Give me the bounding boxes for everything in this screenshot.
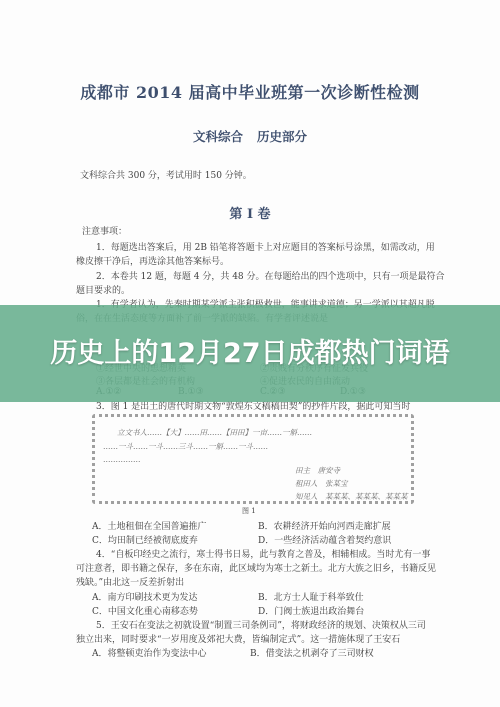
question-4-line: 可注意者，即书籍之保存，多在东南，此区域均为寒士之新土。北方大族之旧乡，书籍反见 bbox=[76, 561, 436, 574]
figure-1-cartouche: 立文书人……【大】……田……【田田】一亩……一斛…… ……一斗……一斗……三斗…… bbox=[92, 414, 414, 504]
cartouche-text: …………… bbox=[103, 455, 141, 464]
document-subtitle: 文科综合历史部分 bbox=[0, 127, 500, 145]
q3-option: C．均田制已经被彻底废弃 bbox=[92, 533, 198, 546]
question-4-line: 4．“自板印经史之流行，寒士得书日易，此与教育之普及，相辅相成。当时尤有一事 bbox=[96, 547, 430, 560]
title-overlay-band: 历史上的12月27日成都热门词语 bbox=[0, 305, 500, 402]
note-line: 2．本卷共 12 题，每题 4 分，共 48 分。在每题给出的四个选项中，只有一… bbox=[96, 269, 445, 282]
cartouche-sign: 租田人 张某宝 bbox=[295, 478, 348, 489]
question-4-line: 残缺。”由北这一反差折射出 bbox=[76, 575, 184, 588]
q3-option: D．一些经济活动蕴含着契约意识 bbox=[258, 533, 391, 546]
figure-label: 图 1 bbox=[242, 506, 256, 516]
q5-option: B．借变法之机剥夺了三司财权 bbox=[250, 646, 374, 659]
overlay-title: 历史上的12月27日成都热门词语 bbox=[0, 305, 500, 402]
note-line: 题目要求的。 bbox=[76, 283, 130, 296]
cartouche-sign: 知见人 某某某、某某某、某某某 bbox=[295, 491, 408, 502]
cartouche-sign: 田主 唐安寺 bbox=[295, 465, 340, 476]
q3-option: A．土地租佃在全国普遍推广 bbox=[92, 519, 207, 532]
score-note: 文科综合共 300 分，考试用时 150 分钟。 bbox=[80, 168, 252, 181]
cartouche-text: 立文书人……【大】……田……【田田】一亩……一斛…… bbox=[117, 427, 312, 438]
note-line: 1．每题选出答案后，用 2B 铅笔将答题卡上对应题目的答案标号涂黑，如需改动，用 bbox=[96, 240, 435, 253]
subtitle-subject: 文科综合 bbox=[193, 129, 243, 144]
subtitle-part: 历史部分 bbox=[257, 129, 307, 144]
section-title: 第 I 卷 bbox=[0, 203, 500, 222]
document-title: 成都市 2014 届高中毕业班第一次诊断性检测 bbox=[0, 80, 500, 103]
notes-heading: 注意事项： bbox=[82, 224, 127, 237]
question-5-line: 独立出来，同时要求“一岁用度及郊祀大费，皆编制定式”。这一措施体现了王安石 bbox=[76, 632, 400, 645]
q3-option: B．农耕经济开始向河西走廊扩展 bbox=[258, 519, 391, 532]
q5-option: A．将整顿吏治作为变法中心 bbox=[92, 646, 207, 659]
q4-option: D．门阀士族退出政治舞台 bbox=[258, 604, 364, 617]
q4-option: A．南方印刷技术更为发达 bbox=[92, 590, 198, 603]
cartouche-text: ……一斗……一斗……三斗……一斛……一斗…… bbox=[103, 441, 268, 452]
q4-option: B．北方士人耻于科举致仕 bbox=[258, 590, 364, 603]
q4-option: C．中国文化重心南移态势 bbox=[92, 604, 198, 617]
note-line: 橡皮擦干净后，再选涂其他答案标号。 bbox=[76, 254, 229, 267]
question-5-line: 5．王安石在变法之初就设置“制置三司条例司”，将财政经济的规划、决策权从三司 bbox=[96, 618, 426, 631]
